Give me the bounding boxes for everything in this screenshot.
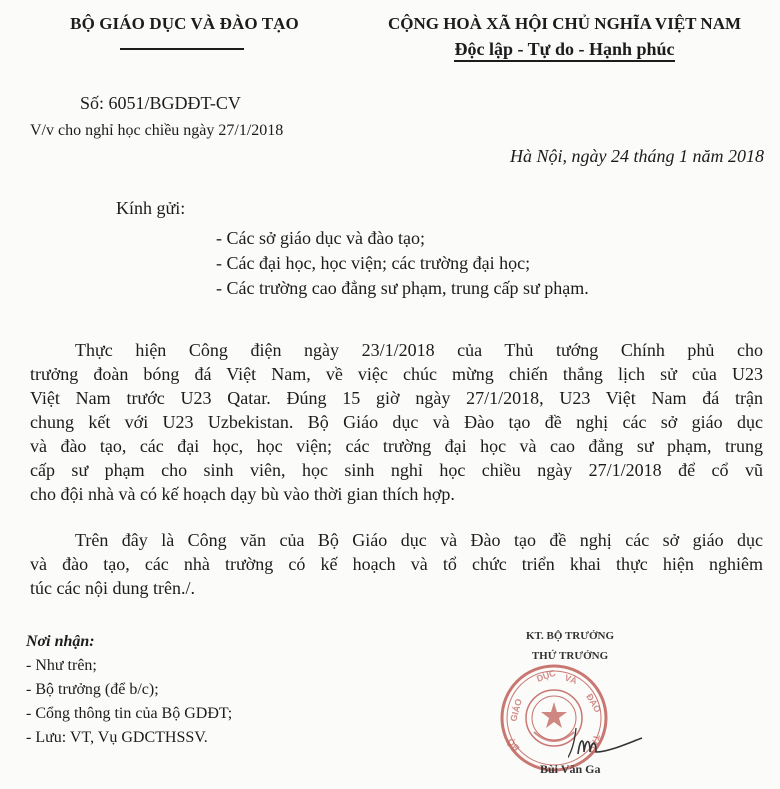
distribution-item: - Bộ trưởng (để b/c); [26, 678, 232, 702]
agency-name: BỘ GIÁO DỤC VÀ ĐÀO TẠO [52, 14, 317, 34]
paragraph-line: và đào tạo, các nhà trường có kế hoạch v… [30, 552, 763, 576]
paragraph-line: trưởng đoàn bóng đá Việt Nam, về việc ch… [30, 362, 763, 386]
signatory-title: KT. BỘ TRƯỞNG THỨ TRƯỞNG [500, 626, 640, 666]
distribution-item: - Lưu: VT, Vụ GDCTHSSV. [26, 726, 232, 750]
distribution-item: - Cổng thông tin của Bộ GDĐT; [26, 702, 232, 726]
svg-text:DỤC: DỤC [535, 668, 557, 684]
country-name: CỘNG HOÀ XÃ HỘI CHỦ NGHĨA VIỆT NAM [362, 14, 767, 34]
paragraph-line: cho đội nhà và có kế hoạch dạy bù vào th… [30, 482, 763, 506]
paragraph-line: Việt Nam trước U23 Qatar. Đúng 15 giờ ng… [30, 386, 763, 410]
paragraph-line: Thực hiện Công điện ngày 23/1/2018 của T… [30, 338, 763, 362]
distribution-list: Nơi nhận: - Như trên; - Bộ trưởng (để b/… [26, 630, 232, 750]
paragraph-line: túc các nội dung trên./. [30, 576, 763, 600]
motto-text: Độc lập - Tự do - Hạnh phúc [454, 39, 674, 62]
signer-name: Bùi Văn Ga [540, 762, 600, 777]
body-paragraph-1: Thực hiện Công điện ngày 23/1/2018 của T… [30, 338, 763, 506]
addressee-item: - Các sở giáo dục và đào tạo; [216, 226, 589, 251]
body-paragraph-2: Trên đây là Công văn của Bộ Giáo dục và … [30, 528, 763, 600]
agency-underline [120, 48, 244, 50]
paragraph-line: chung kết với U23 Uzbekistan. Bộ Giáo dụ… [30, 410, 763, 434]
distribution-item: - Như trên; [26, 654, 232, 678]
paragraph-line: Trên đây là Công văn của Bộ Giáo dục và … [30, 528, 763, 552]
svg-text:GIÁO: GIÁO [508, 698, 524, 723]
signature-icon [568, 718, 658, 768]
addressee-item: - Các đại học, học viện; các trường đại … [216, 251, 589, 276]
national-motto: Độc lập - Tự do - Hạnh phúc [362, 39, 767, 60]
signatory-title-line1: KT. BỘ TRƯỞNG [500, 626, 640, 646]
svg-text:VÀ: VÀ [563, 672, 579, 686]
addressees-label: Kính gửi: [116, 198, 185, 219]
paragraph-line: và đào tạo, các đại học, học viện; các t… [30, 434, 763, 458]
addressees-list: - Các sở giáo dục và đào tạo; - Các đại … [216, 226, 589, 301]
document-number: Số: 6051/BGDĐT-CV [80, 93, 241, 114]
addressee-item: - Các trường cao đẳng sư phạm, trung cấp… [216, 276, 589, 301]
document-subject: V/v cho nghỉ học chiều ngày 27/1/2018 [30, 122, 283, 140]
paragraph-line: cấp sư phạm cho sinh viên, học sinh nghỉ… [30, 458, 763, 482]
place-date: Hà Nội, ngày 24 tháng 1 năm 2018 [510, 146, 764, 167]
distribution-title: Nơi nhận: [26, 630, 232, 654]
